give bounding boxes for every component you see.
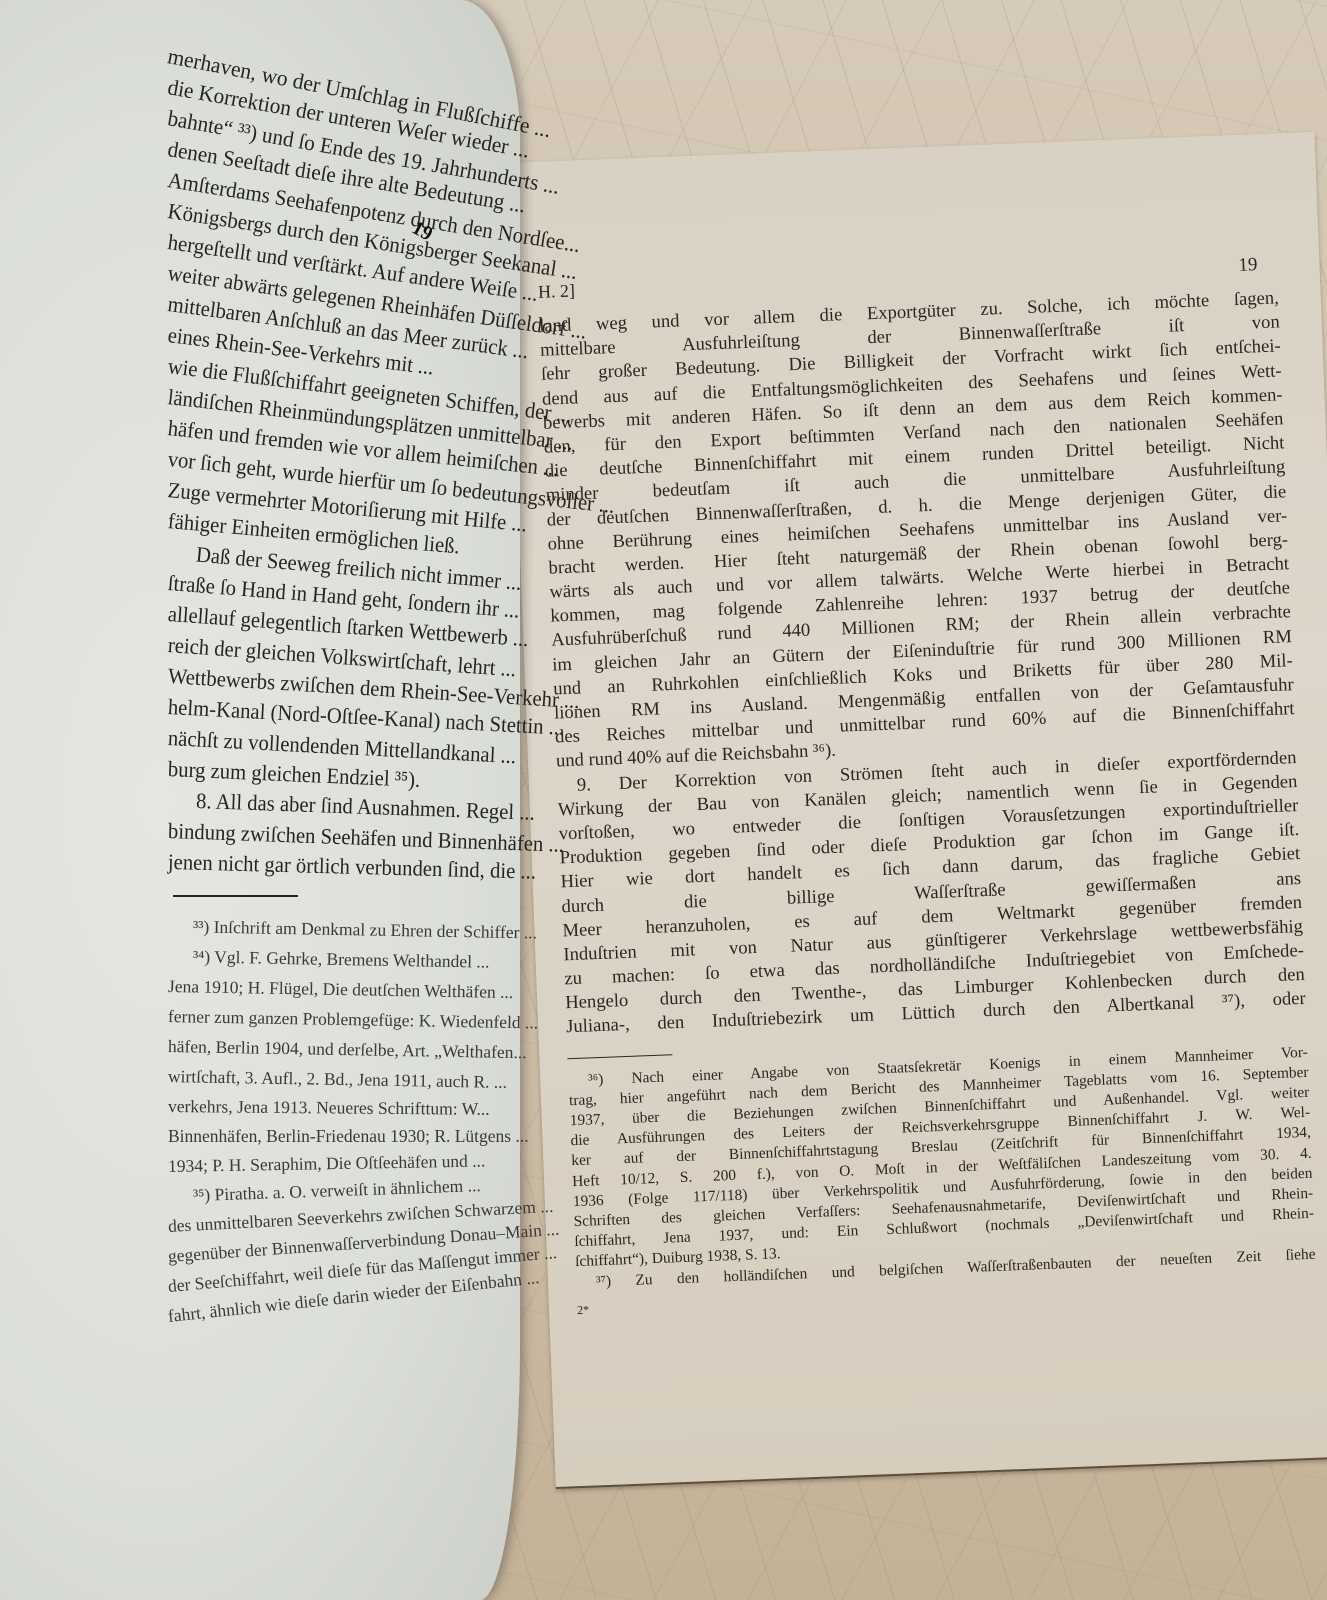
- left-page-content: merhaven, wo der Umſchlag in Flußſchiffe…: [168, 40, 498, 1331]
- footnotes: ³⁶) Nach einer Angabe von Staatsſekretär…: [568, 1042, 1316, 1292]
- right-page: 19 H. 2] land weg und vor allem die Expo…: [505, 132, 1327, 1489]
- right-page-content: H. 2] land weg und vor allem die Exportg…: [538, 253, 1317, 1317]
- footnote-divider: [567, 1054, 672, 1059]
- body-paragraph-9: 9. Der Korrektion von Strömen ſteht auch…: [556, 746, 1306, 1040]
- left-page: merhaven, wo der Umſchlag in Flußſchiffe…: [0, 0, 520, 1600]
- body-paragraph-8-continuation: land weg und vor allem die Exportgüter z…: [539, 286, 1296, 774]
- footnote-divider: [173, 895, 298, 897]
- footnote-line: verkehrs, Jena 1913. Neueres Schrifttum:…: [168, 1091, 498, 1124]
